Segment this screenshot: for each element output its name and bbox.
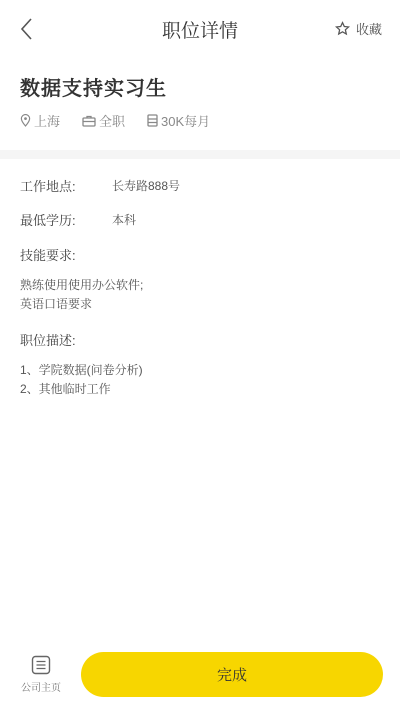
salary-icon xyxy=(147,114,158,127)
briefcase-icon xyxy=(82,115,96,127)
done-button[interactable]: 完成 xyxy=(81,652,383,697)
detail-education: 最低学历: 本科 xyxy=(20,211,380,227)
job-header: 数据支持实习生 上海 全职 30K每月 xyxy=(0,58,400,150)
section-divider xyxy=(0,150,400,159)
description-label: 职位描述: xyxy=(20,330,380,349)
nav-bar: 职位详情 收藏 xyxy=(0,0,400,58)
skills-label: 技能要求: xyxy=(20,245,380,264)
page-title: 职位详情 xyxy=(162,16,238,43)
skills-text: 熟练使用使用办公软件; 英语口语要求 xyxy=(20,276,380,314)
job-title: 数据支持实习生 xyxy=(20,72,380,101)
star-icon xyxy=(335,21,350,36)
description-text: 1、学院数据(问卷分析) 2、其他临时工作 xyxy=(20,361,380,399)
job-meta: 上海 全职 30K每月 xyxy=(20,111,380,130)
list-icon xyxy=(31,655,51,675)
meta-salary: 30K每月 xyxy=(147,111,210,130)
back-button[interactable] xyxy=(14,14,38,44)
location-pin-icon xyxy=(20,114,31,127)
chevron-left-icon xyxy=(19,17,33,41)
favorite-button[interactable]: 收藏 xyxy=(335,19,382,38)
meta-job-type: 全职 xyxy=(82,111,125,130)
job-details: 工作地点: 长寿路888号 最低学历: 本科 技能要求: 熟练使用使用办公软件;… xyxy=(0,159,400,433)
favorite-label: 收藏 xyxy=(356,19,382,38)
company-home-button[interactable]: 公司主页 xyxy=(0,655,82,694)
detail-location: 工作地点: 长寿路888号 xyxy=(20,177,380,193)
footer-bar: 公司主页 完成 xyxy=(0,631,400,711)
meta-location: 上海 xyxy=(20,111,60,130)
company-home-label: 公司主页 xyxy=(21,679,61,694)
